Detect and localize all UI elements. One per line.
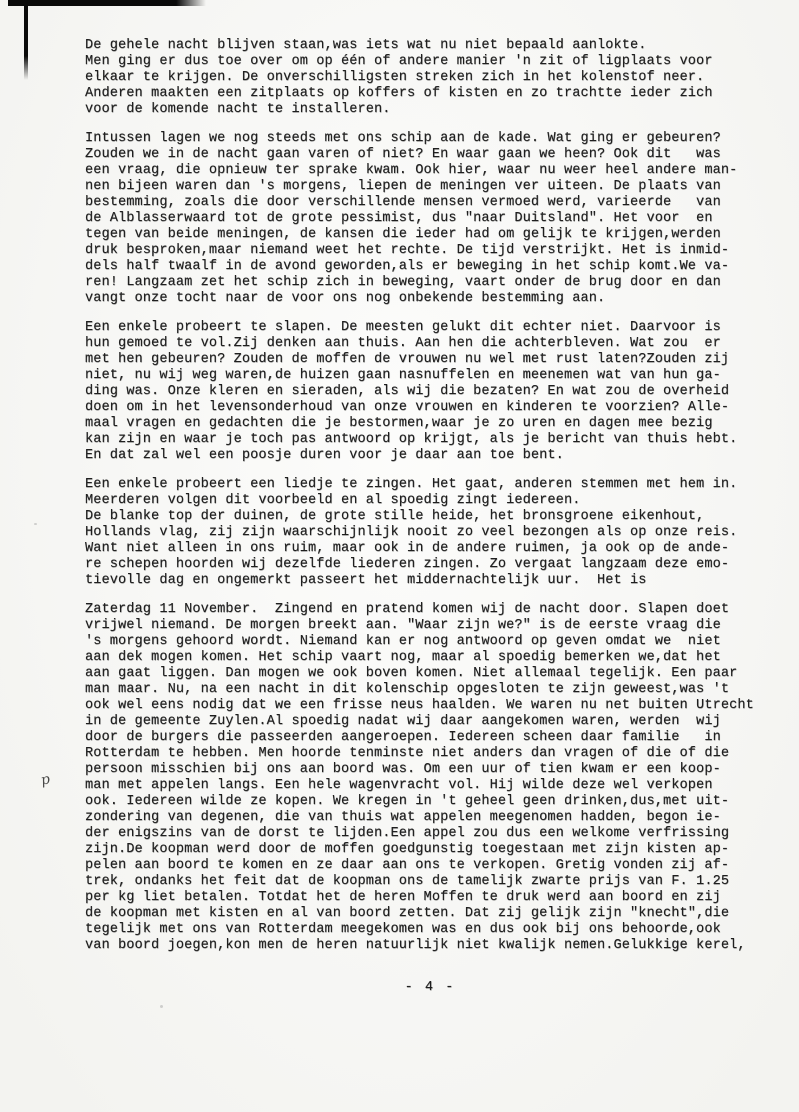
document-body: De gehele nacht blijven staan,was iets w… [85,38,775,954]
text-line: 's morgens gehoord wordt. Niemand kan er… [85,634,775,650]
text-line: kan zijn en waar je toch pas antwoord op… [85,432,775,448]
text-line: zondering van degenen, die van thuis wat… [85,810,775,826]
scanned-document-page: p De gehele nacht blijven staan,was iets… [0,0,799,1112]
text-line: Een enkele probeert een liedje te zingen… [85,477,775,493]
text-line: pelen aan boord te komen en ze daar aan … [85,858,775,874]
text-line: Meerderen volgen dit voorbeeld en al spo… [85,493,775,509]
text-line: door de burgers die passeerden aangeroep… [85,730,775,746]
text-line: vrijwel niemand. De morgen breekt aan. "… [85,618,775,634]
text-line: voor de komende nacht te installeren. [85,102,775,118]
text-line: per kg liet betalen. Totdat het de heren… [85,890,775,906]
text-line: ook. Iedereen wilde ze kopen. We kregen … [85,794,775,810]
text-line: de koopman met kisten en al van boord ze… [85,906,775,922]
text-line: vangt onze tocht naar de voor ons nog on… [85,291,775,307]
text-line: trek, ondanks het feit dat de koopman on… [85,874,775,890]
paragraph: Een enkele probeert te slapen. De meeste… [85,320,775,464]
text-line: tegelijk met ons van Rotterdam meegekome… [85,922,775,938]
text-line: man met appelen langs. Een hele wagenvra… [85,778,775,794]
text-line: dels half twaalf in de avond geworden,al… [85,259,775,275]
text-line: aan dek mogen komen. Het schip vaart nog… [85,650,775,666]
scan-edge-artifact-left [24,0,28,80]
text-line: ook wel eens nodig dat we een frisse neu… [85,698,775,714]
text-line: nen bijeen waren dan 's morgens, liepen … [85,179,775,195]
paragraph: Intussen lagen we nog steeds met ons sch… [85,131,775,307]
text-line: Men ging er dus toe over om op één of an… [85,54,775,70]
text-line: de Alblasserwaard tot de grote pessimist… [85,211,775,227]
scan-speckle [160,1005,163,1008]
text-line: De gehele nacht blijven staan,was iets w… [85,38,775,54]
text-line: Zaterdag 11 November. Zingend en pratend… [85,602,775,618]
text-line: ding was. Onze kleren en sieraden, als w… [85,384,775,400]
text-line: Anderen maakten een zitplaats op koffers… [85,86,775,102]
text-line: Want niet alleen in ons ruim, maar ook i… [85,541,775,557]
text-line: ren! Langzaam zet het schip zich in bewe… [85,275,775,291]
text-line: doen om in het levensonderhoud van onze … [85,400,775,416]
paragraph: Zaterdag 11 November. Zingend en pratend… [85,602,775,954]
text-line: Een enkele probeert te slapen. De meeste… [85,320,775,336]
text-line: tievolle dag en ongemerkt passeert het m… [85,573,775,589]
text-line: van boord joegen,kon men de heren natuur… [85,938,775,954]
text-line: tegen van beide meningen, de kansen die … [85,227,775,243]
text-line: re schepen hoorden wij dezelfde liederen… [85,557,775,573]
text-line: Intussen lagen we nog steeds met ons sch… [85,131,775,147]
text-line: En dat zal wel een poosje duren voor je … [85,448,775,464]
text-line: bestemming, zoals die door verschillende… [85,195,775,211]
scan-speckle [34,523,37,525]
paragraph: De gehele nacht blijven staan,was iets w… [85,38,775,118]
text-line: met hen gebeuren? Zouden de moffen de vr… [85,352,775,368]
document-text-block: De gehele nacht blijven staan,was iets w… [85,38,775,996]
text-line: De blanke top der duinen, de grote still… [85,509,775,525]
text-line: hun gemoed te vol.Zij denken aan thuis. … [85,336,775,352]
text-line: Rotterdam te hebben. Men hoorde tenminst… [85,746,775,762]
handwritten-margin-mark: p [39,771,51,789]
scan-edge-artifact-top [8,0,206,6]
paragraph: Een enkele probeert een liedje te zingen… [85,477,775,589]
text-line: Hollands vlag, zij zijn waarschijnlijk n… [85,525,775,541]
text-line: der enigszins van de dorst te lijden.Een… [85,826,775,842]
text-line: in de gemeente Zuylen.Al spoedig nadat w… [85,714,775,730]
text-line: niet, nu wij weg waren,de huizen gaan na… [85,368,775,384]
page-number: - 4 - [85,980,775,996]
text-line: elkaar te krijgen. De onverschilligsten … [85,70,775,86]
text-line: Zouden we in de nacht gaan varen of niet… [85,147,775,163]
text-line: aan gaat liggen. Dan mogen we ook boven … [85,666,775,682]
text-line: druk besproken,maar niemand weet het rec… [85,243,775,259]
text-line: man maar. Nu, na een nacht in dit kolens… [85,682,775,698]
text-line: een vraag, die opnieuw ter sprake kwam. … [85,163,775,179]
text-line: maal vragen en gedachten die je bestorme… [85,416,775,432]
text-line: persoon misschien bij ons aan boord was.… [85,762,775,778]
text-line: zijn.De koopman werd door de moffen goed… [85,842,775,858]
